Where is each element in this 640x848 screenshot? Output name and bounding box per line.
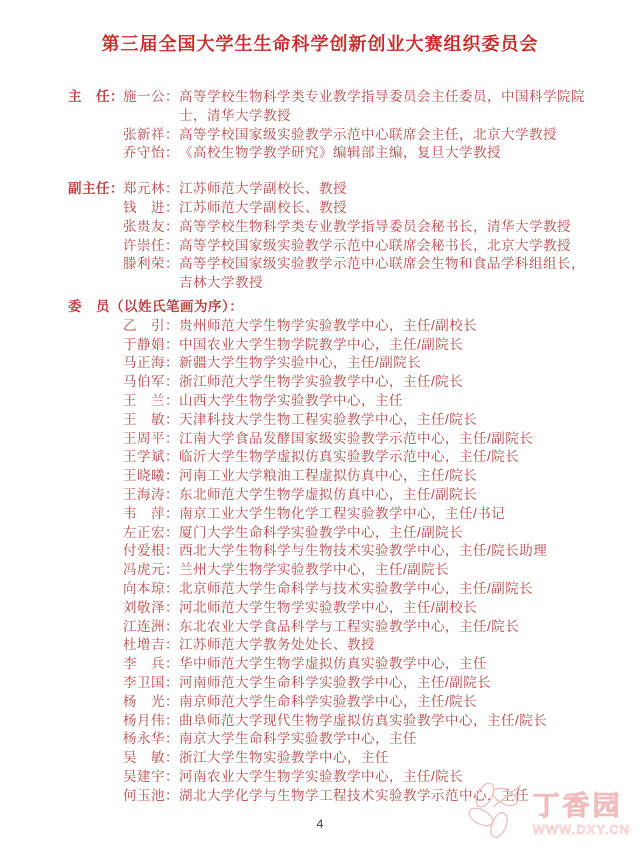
member-name: 向本琼： (123, 580, 179, 599)
member-desc: 南京工业大学生物化学工程实验教学中心，主任/书记 (179, 506, 505, 521)
member-name: 张贵友： (123, 218, 179, 237)
member-name: 滕利荣： (123, 255, 179, 274)
member-entry: 马正海：新疆大学生物学实验中心，主任/副院长 (123, 354, 588, 373)
member-name: 何玉池： (123, 787, 179, 806)
member-entry: 付爱根：西北大学生物科学与生物技术实验教学中心，主任/院长助理 (123, 542, 588, 561)
member-entry: 钱 进：江苏师范大学副校长、教授 (123, 199, 588, 218)
member-desc: 河北师范大学生物学实验教学中心，主任/副校长 (179, 600, 477, 615)
committee-section: 副主任：郑元林：江苏师范大学副校长、教授钱 进：江苏师范大学副校长、教授张贵友：… (68, 180, 588, 293)
member-entry: 郑元林：江苏师范大学副校长、教授 (123, 180, 588, 199)
section-entries: 乙 引：贵州师范大学生物学实验教学中心，主任/副校长于静娟：中国农业大学生物学院… (123, 317, 588, 806)
member-desc: 北京师范大学生命科学与技术实验教学中心，主任/副院长 (179, 581, 533, 596)
member-entry: 乔守怡：《高校生物学教学研究》编辑部主编，复旦大学教授 (123, 144, 588, 163)
member-name: 李卫国： (123, 674, 179, 693)
member-name: 吴建宇： (123, 768, 179, 787)
member-desc: 天津科技大学生物工程实验教学中心，主任/院长 (179, 412, 477, 427)
member-entry: 杨 光：南京师范大学生命科学实验教学中心，主任/院长 (123, 693, 588, 712)
member-name: 王 兰： (123, 392, 179, 411)
page-number: 4 (317, 817, 324, 831)
member-entry: 杜增吉：江苏师范大学教务处处长、教授 (123, 636, 588, 655)
member-entry: 张新祥：高等学校国家级实验教学示范中心联席会主任，北京大学教授 (123, 126, 588, 145)
page-title: 第三届全国大学生生命科学创新创业大赛组织委员会 (0, 0, 640, 56)
member-desc: 高等学校生物科学类专业教学指导委员会秘书长，清华大学教授 (179, 219, 571, 234)
member-desc: 高等学校生物科学类专业教学指导委员会主任委员，中国科学院院士，清华大学教授 (179, 89, 585, 123)
member-name: 刘敬泽： (123, 599, 179, 618)
member-desc: 厦门大学生命科学实验教学中心，主任/副院长 (179, 525, 463, 540)
member-entry: 王 敏：天津科技大学生物工程实验教学中心，主任/院长 (123, 411, 588, 430)
member-entry: 王周平：江南大学食品发酵国家级实验教学示范中心，主任/副院长 (123, 430, 588, 449)
section-label: 主 任： (68, 88, 124, 107)
member-desc: 江苏师范大学副校长、教授 (179, 181, 347, 196)
member-entry: 李 兵：华中师范大学生物学虚拟仿真实验教学中心，主任 (123, 655, 588, 674)
member-name: 吴 敏： (123, 749, 179, 768)
member-entry: 杨永华：南京大学生命科学实验教学中心，主任 (123, 730, 588, 749)
member-name: 韦 萍： (123, 505, 179, 524)
member-entry: 向本琼：北京师范大学生命科学与技术实验教学中心，主任/副院长 (123, 580, 588, 599)
committee-section: 主 任：施一公：高等学校生物科学类专业教学指导委员会主任委员，中国科学院院士，清… (68, 88, 588, 163)
member-entry: 王 兰：山西大学生物学实验教学中心，主任 (123, 392, 588, 411)
member-name: 冯虎元： (123, 561, 179, 580)
member-entry: 刘敬泽：河北师范大学生物学实验教学中心，主任/副校长 (123, 599, 588, 618)
member-desc: 河南师范大学生命科学实验教学中心，主任/副院长 (179, 675, 491, 690)
member-desc: 曲阜师范大学现代生物学虚拟仿真实验教学中心，主任/院长 (179, 713, 547, 728)
member-entry: 马伯军：浙江师范大学生物学实验教学中心，主任/院长 (123, 373, 588, 392)
member-entry: 韦 萍：南京工业大学生物化学工程实验教学中心，主任/书记 (123, 505, 588, 524)
member-name: 于静娟： (123, 336, 179, 355)
member-desc: 河南农业大学生物学实验教学中心，主任/院长 (179, 769, 463, 784)
member-entry: 乙 引：贵州师范大学生物学实验教学中心，主任/副校长 (123, 317, 588, 336)
member-desc: 东北师范大学生物学虚拟仿真中心，主任/副院长 (179, 487, 477, 502)
member-name: 付爱根： (123, 542, 179, 561)
member-name: 施一公： (123, 88, 179, 107)
member-entry: 冯虎元：兰州大学生物学实验教学中心，主任/副院长 (123, 561, 588, 580)
member-desc: 浙江大学生物实验教学中心，主任 (179, 750, 389, 765)
member-name: 王学斌： (123, 448, 179, 467)
member-entry: 许崇任：高等学校国家级实验教学示范中心联席会秘书长，北京大学教授 (123, 237, 588, 256)
member-entry: 王学斌：临沂大学生物学虚拟仿真实验教学示范中心，主任/院长 (123, 448, 588, 467)
member-desc: 新疆大学生物学实验中心，主任/副院长 (179, 355, 421, 370)
member-name: 杨永华： (123, 730, 179, 749)
member-desc: 临沂大学生物学虚拟仿真实验教学示范中心，主任/院长 (179, 449, 519, 464)
member-desc: 东北农业大学食品科学与工程实验教学中心，主任/院长 (179, 619, 519, 634)
member-desc: 山西大学生物学实验教学中心，主任 (179, 393, 403, 408)
member-name: 许崇任： (123, 237, 179, 256)
member-desc: 兰州大学生物学实验教学中心，主任/副院长 (179, 562, 449, 577)
member-name: 杜增吉： (123, 636, 179, 655)
section-entries: 施一公：高等学校生物科学类专业教学指导委员会主任委员，中国科学院院士，清华大学教… (123, 88, 588, 163)
member-desc: 南京大学生命科学实验教学中心，主任 (179, 731, 417, 746)
member-name: 张新祥： (123, 126, 179, 145)
member-entry: 王晓曦：河南工业大学粮油工程虚拟仿真中心，主任/院长 (123, 467, 588, 486)
committee-section: 委 员（以姓氏笔画为序）：乙 引：贵州师范大学生物学实验教学中心，主任/副校长于… (68, 298, 588, 806)
member-entry: 滕利荣：高等学校国家级实验教学示范中心联席会生物和食品学科组组长，吉林大学教授 (123, 255, 588, 293)
section-label: 委 员（以姓氏笔画为序）： (68, 298, 588, 317)
document-page: 第三届全国大学生生命科学创新创业大赛组织委员会 主 任：施一公：高等学校生物科学… (0, 0, 640, 848)
member-entry: 江连洲：东北农业大学食品科学与工程实验教学中心，主任/院长 (123, 618, 588, 637)
member-desc: 高等学校国家级实验教学示范中心联席会秘书长，北京大学教授 (179, 238, 571, 253)
member-entry: 杨月伟：曲阜师范大学现代生物学虚拟仿真实验教学中心，主任/院长 (123, 712, 588, 731)
member-name: 王 敏： (123, 411, 179, 430)
member-name: 王晓曦： (123, 467, 179, 486)
member-name: 乔守怡： (123, 144, 179, 163)
committee-list: 主 任：施一公：高等学校生物科学类专业教学指导委员会主任委员，中国科学院院士，清… (68, 88, 588, 805)
page-footer: 4 (0, 817, 640, 831)
member-entry: 王海涛：东北师范大学生物学虚拟仿真中心，主任/副院长 (123, 486, 588, 505)
member-name: 杨月伟： (123, 712, 179, 731)
member-entry: 吴建宇：河南农业大学生物学实验教学中心，主任/院长 (123, 768, 588, 787)
member-name: 李 兵： (123, 655, 179, 674)
member-desc: 河南工业大学粮油工程虚拟仿真中心，主任/院长 (179, 468, 477, 483)
member-name: 江连洲： (123, 618, 179, 637)
member-desc: 江南大学食品发酵国家级实验教学示范中心，主任/副院长 (179, 431, 533, 446)
member-desc: 西北大学生物科学与生物技术实验教学中心，主任/院长助理 (179, 543, 547, 558)
member-name: 马正海： (123, 354, 179, 373)
member-name: 杨 光： (123, 693, 179, 712)
member-desc: 江苏师范大学教务处处长、教授 (179, 637, 375, 652)
member-entry: 何玉池：湖北大学化学与生物学工程技术实验教学示范中心，主任 (123, 787, 588, 806)
member-name: 王海涛： (123, 486, 179, 505)
member-desc: 湖北大学化学与生物学工程技术实验教学示范中心，主任 (179, 788, 529, 803)
member-entry: 于静娟：中国农业大学生物学院教学中心，主任/副院长 (123, 336, 588, 355)
member-entry: 李卫国：河南师范大学生命科学实验教学中心，主任/副院长 (123, 674, 588, 693)
member-entry: 吴 敏：浙江大学生物实验教学中心，主任 (123, 749, 588, 768)
member-desc: 华中师范大学生物学虚拟仿真实验教学中心，主任 (179, 656, 487, 671)
member-desc: 南京师范大学生命科学实验教学中心，主任/院长 (179, 694, 477, 709)
member-entry: 施一公：高等学校生物科学类专业教学指导委员会主任委员，中国科学院院士，清华大学教… (123, 88, 588, 126)
member-desc: 高等学校国家级实验教学示范中心联席会生物和食品学科组组长，吉林大学教授 (179, 256, 585, 290)
section-label: 副主任： (68, 180, 124, 199)
section-entries: 郑元林：江苏师范大学副校长、教授钱 进：江苏师范大学副校长、教授张贵友：高等学校… (123, 180, 588, 293)
member-desc: 江苏师范大学副校长、教授 (179, 200, 347, 215)
member-desc: 贵州师范大学生物学实验教学中心，主任/副校长 (179, 318, 477, 333)
member-desc: 《高校生物学教学研究》编辑部主编，复旦大学教授 (179, 145, 501, 160)
member-name: 乙 引： (123, 317, 179, 336)
member-desc: 高等学校国家级实验教学示范中心联席会主任，北京大学教授 (179, 127, 557, 142)
member-name: 马伯军： (123, 373, 179, 392)
member-entry: 张贵友：高等学校生物科学类专业教学指导委员会秘书长，清华大学教授 (123, 218, 588, 237)
member-name: 郑元林： (123, 180, 179, 199)
member-name: 钱 进： (123, 199, 179, 218)
member-desc: 浙江师范大学生物学实验教学中心，主任/院长 (179, 374, 463, 389)
member-name: 王周平： (123, 430, 179, 449)
member-name: 左正宏： (123, 524, 179, 543)
member-desc: 中国农业大学生物学院教学中心，主任/副院长 (179, 337, 463, 352)
member-entry: 左正宏：厦门大学生命科学实验教学中心，主任/副院长 (123, 524, 588, 543)
